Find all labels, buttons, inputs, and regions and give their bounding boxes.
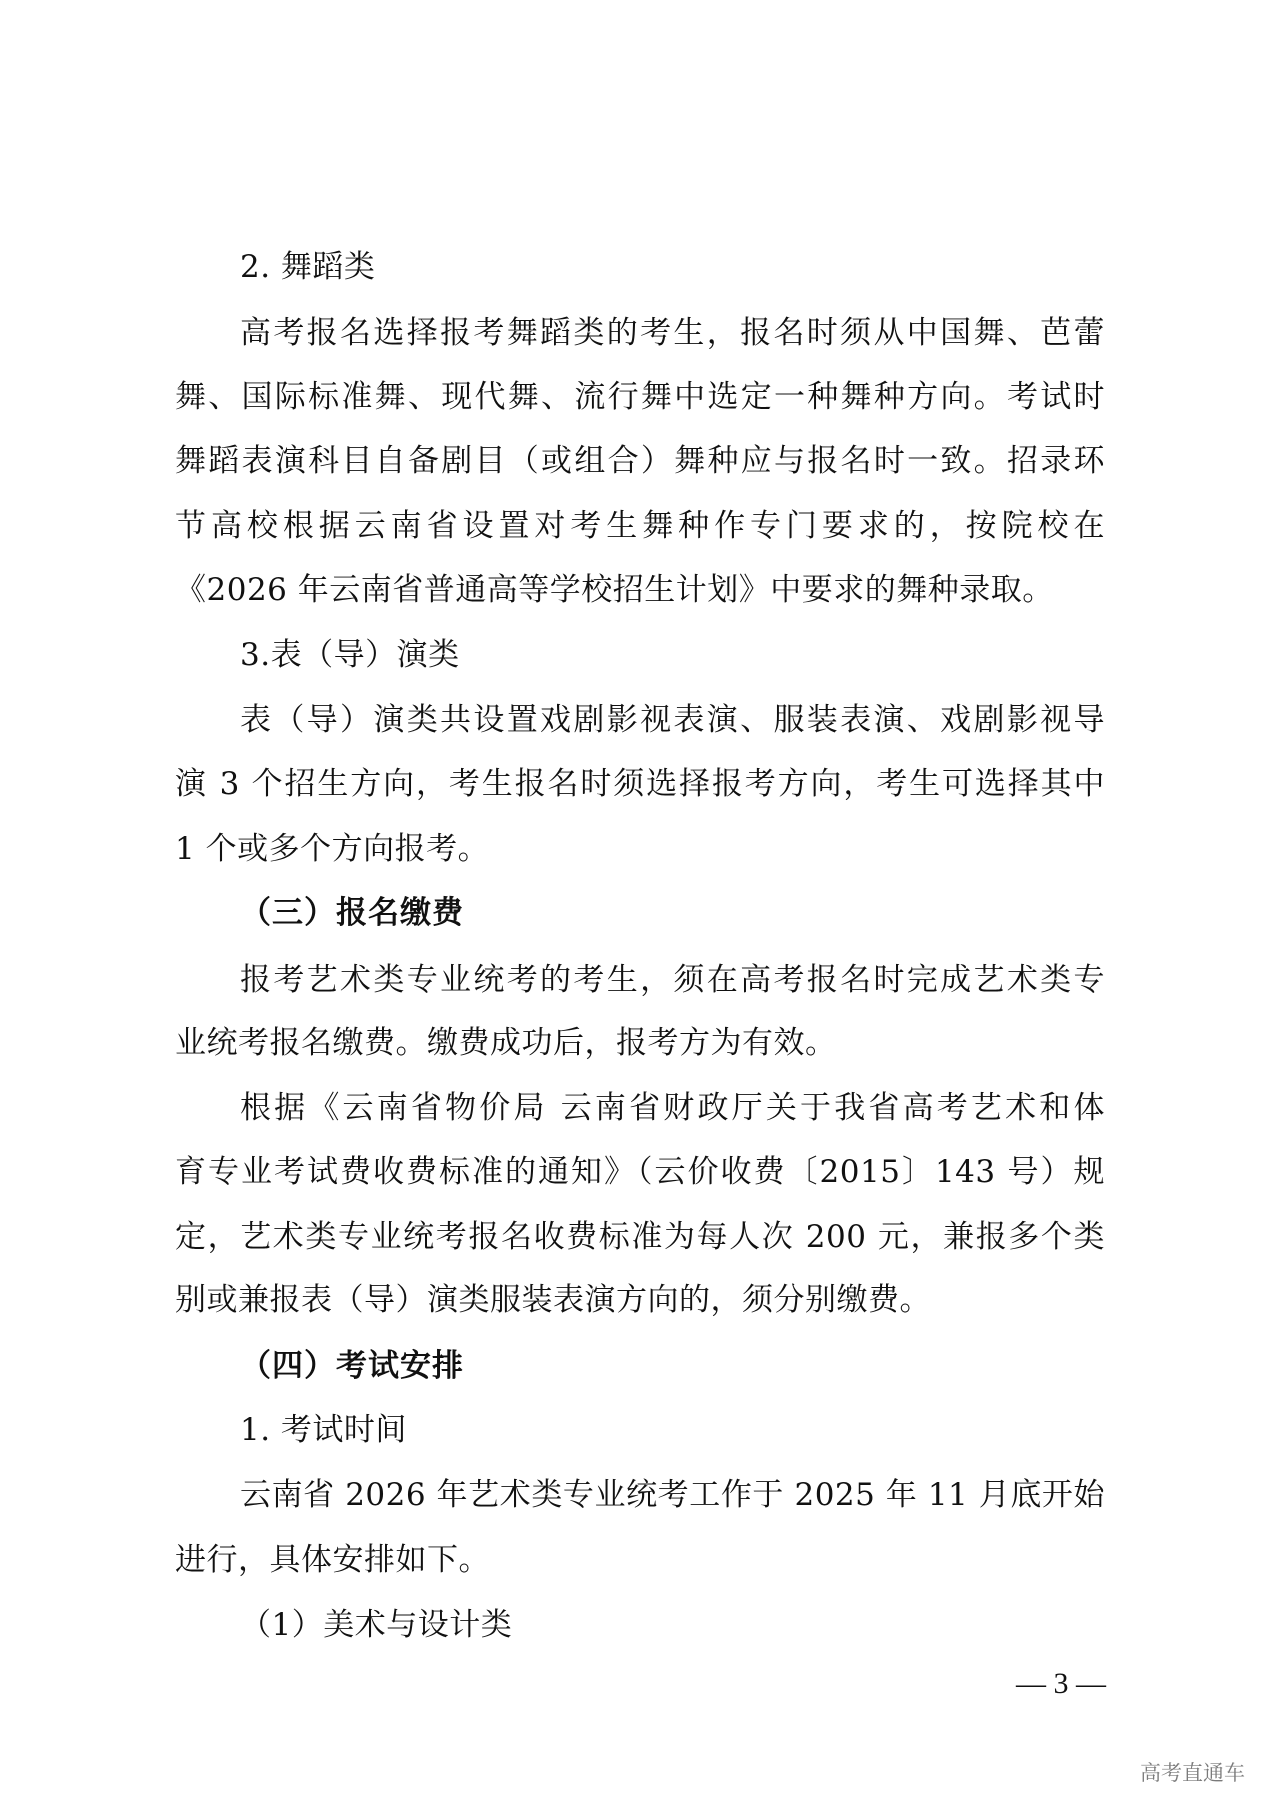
section-heading-registration-fee: （三）报名缴费 bbox=[240, 893, 1105, 933]
paragraph-line: 舞蹈表演科目自备剧目（或组合）舞种应与报名时一致。招录环 bbox=[175, 441, 1105, 481]
paragraph-line: 业统考报名缴费。缴费成功后，报考方为有效。 bbox=[175, 1023, 1105, 1063]
paragraph-line: 进行，具体安排如下。 bbox=[175, 1540, 1105, 1580]
paragraph-line: 别或兼报表（导）演类服装表演方向的，须分别缴费。 bbox=[175, 1280, 1105, 1320]
paragraph-line: 节高校根据云南省设置对考生舞种作专门要求的，按院校在 bbox=[175, 506, 1105, 546]
section-heading-acting-directing: 3.表（导）演类 bbox=[240, 635, 1105, 675]
paragraph-line: 演 3 个招生方向，考生报名时须选择报考方向，考生可选择其中 bbox=[175, 764, 1105, 804]
subsection-heading-exam-time: 1. 考试时间 bbox=[240, 1410, 1105, 1450]
paragraph-line: 《2026 年云南省普通高等学校招生计划》中要求的舞种录取。 bbox=[175, 570, 1105, 610]
section-heading-dance: 2. 舞蹈类 bbox=[240, 247, 1105, 287]
subsection-heading-art-design: （1）美术与设计类 bbox=[240, 1605, 1105, 1645]
paragraph-line: 定，艺术类专业统考报名收费标准为每人次 200 元，兼报多个类 bbox=[175, 1217, 1105, 1257]
paragraph-line: 根据《云南省物价局 云南省财政厅关于我省高考艺术和体 bbox=[240, 1088, 1105, 1128]
page-number: — 3 — bbox=[1008, 1664, 1114, 1704]
paragraph-line: 表（导）演类共设置戏剧影视表演、服装表演、戏剧影视导 bbox=[240, 700, 1105, 740]
document-page: 2. 舞蹈类 高考报名选择报考舞蹈类的考生，报名时须从中国舞、芭蕾 舞、国际标准… bbox=[0, 0, 1280, 1810]
paragraph-line: 云南省 2026 年艺术类专业统考工作于 2025 年 11 月底开始 bbox=[240, 1475, 1105, 1515]
paragraph-line: 报考艺术类专业统考的考生，须在高考报名时完成艺术类专 bbox=[240, 960, 1105, 1000]
paragraph-line: 舞、国际标准舞、现代舞、流行舞中选定一种舞种方向。考试时 bbox=[175, 377, 1105, 417]
paragraph-line: 高考报名选择报考舞蹈类的考生，报名时须从中国舞、芭蕾 bbox=[240, 313, 1105, 353]
section-heading-exam-arrangement: （四）考试安排 bbox=[240, 1346, 1105, 1386]
paragraph-line: 1 个或多个方向报考。 bbox=[175, 829, 1105, 869]
watermark: 高考直通车 bbox=[1140, 1758, 1255, 1788]
paragraph-line: 育专业考试费收费标准的通知》（云价收费〔2015〕143 号）规 bbox=[175, 1152, 1105, 1192]
